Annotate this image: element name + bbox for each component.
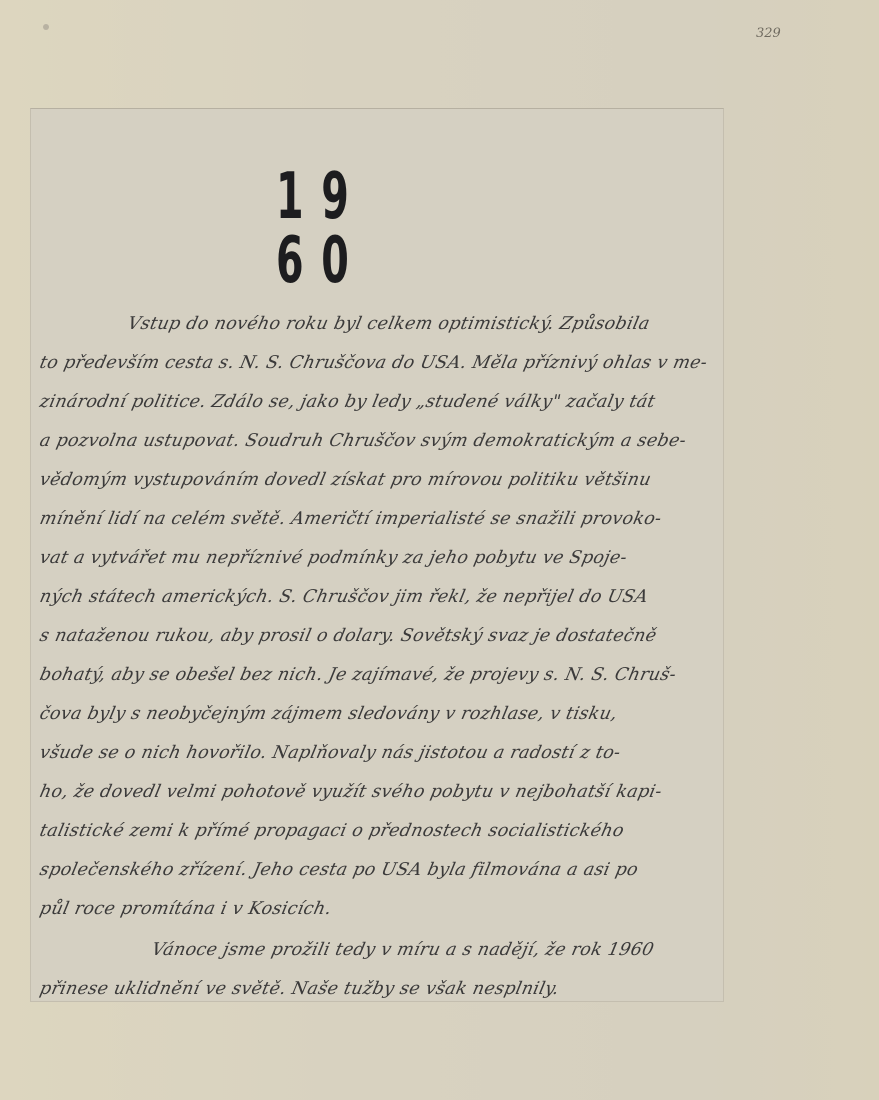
- text-line: společenského zřízení. Jeho cesta po USA…: [38, 860, 640, 880]
- text-line: a pozvolna ustupovat. Soudruh Chruščov s…: [38, 431, 688, 451]
- year-digit: 0: [321, 229, 366, 293]
- text-line: vědomým vystupováním dovedl získat pro m…: [38, 470, 653, 490]
- year-digit: 1: [276, 165, 321, 229]
- text-line: talistické zemi k přímé propagaci o před…: [38, 821, 626, 841]
- year-heading: 1960: [276, 165, 394, 293]
- text-line: to především cesta s. N. S. Chruščova do…: [38, 353, 709, 373]
- text-line: vat a vytvářet mu nepříznivé podmínky za…: [38, 548, 629, 568]
- punch-hole-mark: [43, 24, 49, 30]
- text-line: půl roce promítána i v Kosicích.: [38, 899, 334, 919]
- text-line: ho, že dovedl velmi pohotově využít svéh…: [38, 782, 664, 802]
- text-line: bohatý, aby se obešel bez nich. Je zajím…: [38, 665, 678, 685]
- text-line: čova byly s neobyčejným zájmem sledovány…: [38, 704, 619, 724]
- year-digit: 9: [321, 165, 366, 229]
- text-line: s nataženou rukou, aby prosil o dolary. …: [38, 626, 659, 646]
- page-number: 329: [756, 26, 781, 41]
- text-line: ných státech amerických. S. Chruščov jim…: [38, 587, 650, 607]
- text-line: Vánoce jsme prožili tedy v míru a s nadě…: [150, 940, 656, 960]
- text-line: zinárodní politice. Zdálo se, jako by le…: [38, 392, 657, 412]
- text-line: mínění lidí na celém světě. Američtí imp…: [38, 509, 664, 529]
- chronicle-page: 329 1960 Vstup do nového roku byl celkem…: [0, 0, 879, 1100]
- text-line: Vstup do nového roku byl celkem optimist…: [126, 314, 652, 334]
- text-line: všude se o nich hovořilo. Naplňovaly nás…: [38, 743, 623, 763]
- text-line: přinese uklidnění ve světě. Naše tužby s…: [38, 979, 561, 999]
- year-digit: 6: [276, 229, 321, 293]
